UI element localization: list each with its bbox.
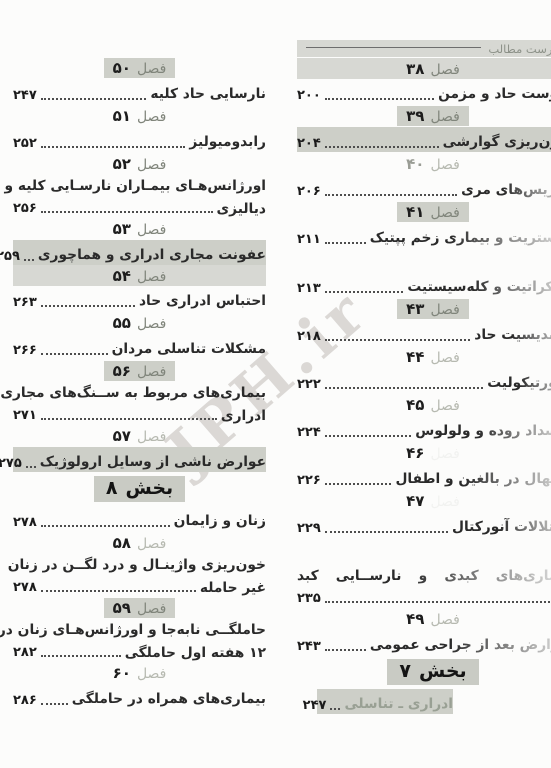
entry-title: بیماری‌های کبدی و نارســایی کبد <box>297 568 551 586</box>
chapter-heading-box: فصل۴۹ <box>397 609 469 629</box>
chapter-heading-box: فصل۵۸ <box>104 533 176 553</box>
toc-header-rule <box>306 47 481 48</box>
page-number: ۲۵۹ <box>0 249 20 265</box>
section-number: ۷ <box>399 660 411 682</box>
entry-title: ادراری ـ تناسلی <box>344 695 453 714</box>
chapter-heading-box: فصل۴۶ <box>397 443 469 463</box>
chapter-label: فصل <box>137 429 166 445</box>
toc-entry: عفونت مجاری ادراری و هماچوری۲۵۹ <box>13 240 266 265</box>
chapter-heading: فصل۵۶ <box>13 359 266 382</box>
section-label: بخش <box>125 477 173 499</box>
chapter-label: فصل <box>137 666 166 682</box>
entry-title: عوارض ناشی از وسایل ارولوژیک <box>40 453 266 472</box>
entry-title: دیورتیکولیت <box>487 374 551 393</box>
toc-header-title: فهرست مطالب <box>488 42 551 56</box>
chapter-heading-box: فصل۴۳ <box>397 299 469 319</box>
toc-entry-line1: اورژانس‌هـای بیمـاران نارسـایی کلیه و <box>13 175 266 196</box>
toc-entry: رابدومیولیز۲۵۲ <box>13 127 266 152</box>
entry-title: آپاندیسیت حاد <box>474 326 551 345</box>
section-heading-box: بخش۷ <box>387 659 478 685</box>
chapter-number: ۴۷ <box>406 492 424 510</box>
chapter-number: ۵۷ <box>113 427 131 445</box>
entry-title: واریس‌های مری <box>461 181 551 200</box>
dotted-leader <box>41 353 108 355</box>
toc-header: فهرست مطالب <box>297 40 551 57</box>
toc-entry: نارسایی حاد کلیه۲۴۷ <box>13 79 266 104</box>
chapter-heading-box: فصل۶۰ <box>104 663 176 683</box>
chapter-number: ۵۶ <box>113 362 131 380</box>
chapter-label: فصل <box>137 61 166 77</box>
chapter-heading-box: فصل۴۴ <box>397 347 469 367</box>
chapter-number: ۴۵ <box>406 396 424 414</box>
entry-title: احتباس ادراری حاد <box>139 292 266 311</box>
toc-entry: عوارض ناشی از وسایل ارولوژیک۲۷۵ <box>13 447 266 472</box>
page-number: ۲۶۳ <box>13 295 37 311</box>
toc-entry-line1: بیماری‌های کبدی و نارســایی کبد <box>297 565 551 586</box>
page-number: ۲۲۴ <box>297 425 321 441</box>
page-number: ۲۲۹ <box>297 521 321 537</box>
toc-entry-line2: ادراری۲۷۱ <box>13 403 266 424</box>
entry-title: اسهال در بالغین و اطفال <box>395 470 551 489</box>
page-number: ۲۱۱ <box>297 232 321 248</box>
chapter-number: ۴۴ <box>406 348 424 366</box>
page-number: ۲۰۰ <box>297 88 321 104</box>
toc-entry-line2: غیر حامله۲۷۸ <box>13 575 266 596</box>
dotted-leader <box>330 708 340 710</box>
page-number: ۲۴۷ <box>303 698 327 714</box>
toc-column-right: فهرست مطالبفصل۳۸یبوست حاد و مزمن۲۰۰فصل۳۹… <box>297 40 551 714</box>
chapter-heading-box: فصل۵۷ <box>104 426 176 446</box>
entry-title: دیالیزی <box>217 201 266 217</box>
chapter-heading: فصل۴۴ <box>297 345 551 368</box>
dotted-leader <box>41 703 68 705</box>
toc-column-left: فصل۵۰نارسایی حاد کلیه۲۴۷فصل۵۱رابدومیولیز… <box>13 56 266 709</box>
page-number: ۲۸۲ <box>13 645 37 661</box>
toc-entry-line1: بیماری‌های مربوط به ســنگ‌های مجاری <box>13 382 266 403</box>
chapter-number: ۴۶ <box>406 444 424 462</box>
toc-entry: احتباس ادراری حاد۲۶۳ <box>13 286 266 311</box>
entry-title: رابدومیولیز <box>189 133 266 152</box>
toc-entry: بیماری‌های همراه در حاملگی۲۸۶ <box>13 684 266 709</box>
entry-title: نارسایی حاد کلیه <box>150 85 266 104</box>
page-number: ۲۴۷ <box>13 88 37 104</box>
chapter-label: فصل <box>137 157 166 173</box>
toc-entry: پانکراتیت و کله‌سیستیت۲۱۳ <box>297 272 551 297</box>
toc-entry-line2: ۱۲ هفته اول حاملگی۲۸۲ <box>13 640 266 661</box>
entry-title: اورژانس‌هـای بیمـاران نارسـایی کلیه و <box>13 178 266 196</box>
chapter-heading: فصل۳۹ <box>297 104 551 127</box>
chapter-heading: فصل۵۴ <box>13 265 266 286</box>
entry-title: ادراری <box>221 408 266 424</box>
dotted-leader <box>41 525 170 527</box>
chapter-heading: فصل۵۰ <box>13 56 266 79</box>
toc-entry: آپاندیسیت حاد۲۱۸ <box>297 320 551 345</box>
chapter-heading: فصل۶۰ <box>13 661 266 684</box>
dotted-leader <box>26 466 36 468</box>
chapter-label: فصل <box>137 536 166 552</box>
chapter-heading-box: فصل۴۱ <box>397 202 469 222</box>
page-number: ۲۱۸ <box>297 329 321 345</box>
dotted-leader <box>325 483 392 485</box>
toc-entry: خون‌ریزی گوارشی۲۰۴ <box>297 127 551 152</box>
entry-title: عوارض بعد از جراحی عمومی <box>370 636 551 655</box>
chapter-number: ۴۰ <box>406 155 424 173</box>
chapter-number: ۵۳ <box>113 220 131 238</box>
chapter-label: فصل <box>430 302 459 318</box>
toc-entry: واریس‌های مری۲۰۶ <box>297 175 551 200</box>
chapter-label: فصل <box>137 364 166 380</box>
entry-title: گاستریت و بیماری زخم پپتیک <box>370 229 551 248</box>
page-number: ۲۸۶ <box>13 693 37 709</box>
dotted-leader <box>41 305 135 307</box>
dotted-leader <box>41 418 217 420</box>
chapter-heading: فصل۴۰ <box>297 152 551 175</box>
chapter-number: ۵۹ <box>113 599 131 617</box>
dotted-leader <box>325 291 404 293</box>
chapter-label: فصل <box>430 62 459 78</box>
entry-title: خون‌ریزی گوارشی <box>443 133 551 152</box>
chapter-heading-box: فصل۴۵ <box>397 395 469 415</box>
dotted-leader <box>325 435 411 437</box>
toc-entry-line2: دیالیزی۲۵۶ <box>13 196 266 217</box>
entry-title: اختلالات آنورکتال <box>452 518 551 537</box>
chapter-heading: فصل۵۵ <box>13 311 266 334</box>
chapter-number: ۳۹ <box>406 107 424 125</box>
chapter-heading: فصل۴۹ <box>297 607 551 630</box>
dotted-leader <box>325 601 551 603</box>
chapter-number: ۵۱ <box>113 107 131 125</box>
chapter-heading: فصل۴۵ <box>297 393 551 416</box>
page-number: ۲۰۶ <box>297 184 321 200</box>
chapter-heading-box: فصل۵۹ <box>104 598 176 618</box>
section-number: ۸ <box>106 477 118 499</box>
page-number: ۲۲۶ <box>297 473 321 489</box>
chapter-label: فصل <box>430 612 459 628</box>
entry-title: بیماری‌های مربوط به ســنگ‌های مجاری <box>13 385 266 403</box>
dotted-leader <box>325 531 448 533</box>
toc-entry: گاستریت و بیماری زخم پپتیک۲۱۱ <box>297 223 551 248</box>
page-number: ۲۷۸ <box>13 515 37 531</box>
dotted-leader <box>325 146 439 148</box>
dotted-leader <box>325 387 483 389</box>
page-number: ۲۶۶ <box>13 343 37 359</box>
toc-entry: عوارض بعد از جراحی عمومی۲۴۳ <box>297 630 551 655</box>
dotted-leader <box>325 242 366 244</box>
entry-title: غیر حامله <box>200 580 266 596</box>
chapter-number: ۴۹ <box>406 610 424 628</box>
page-number: ۲۷۱ <box>13 408 37 424</box>
chapter-number: ۶۰ <box>113 664 131 682</box>
toc-entry-line1: حاملگــی نابه‌جا و اورژانس‌هـای زنان در <box>13 619 266 640</box>
dotted-leader <box>41 655 121 657</box>
chapter-heading: فصل۳۸ <box>297 58 551 79</box>
chapter-heading-box: فصل۳۹ <box>397 106 469 126</box>
chapter-heading-box: فصل۵۵ <box>104 313 176 333</box>
scanned-toc-page: { "watermark": { "text": "JPH.ir" }, "la… <box>0 0 551 768</box>
toc-entry-line2: ۲۳۵ <box>297 586 551 607</box>
chapter-heading-box: فصل۴۷ <box>397 491 469 511</box>
chapter-number: ۴۳ <box>406 300 424 318</box>
page-number: ۲۷۸ <box>13 580 37 596</box>
page-number: ۲۷۵ <box>0 456 22 472</box>
dotted-leader <box>325 339 470 341</box>
chapter-number: ۵۵ <box>113 314 131 332</box>
chapter-heading: فصل۴۷ <box>297 489 551 512</box>
toc-entry: مشکلات تناسلی مردان۲۶۶ <box>13 334 266 359</box>
chapter-heading-box: فصل۵۴ <box>104 266 176 286</box>
toc-entry-line1: خون‌ریزی واژینـال و درد لگــن در زنان <box>13 554 266 575</box>
toc-entry: دیورتیکولیت۲۲۲ <box>297 368 551 393</box>
chapter-label: فصل <box>137 601 166 617</box>
entry-title: بیماری‌های همراه در حاملگی <box>72 690 266 709</box>
entry-title: عفونت مجاری ادراری و هماچوری <box>38 246 266 265</box>
chapter-label: فصل <box>137 316 166 332</box>
chapter-label: فصل <box>430 205 459 221</box>
dotted-leader <box>41 146 186 148</box>
chapter-heading-box: فصل۵۲ <box>104 154 176 174</box>
page-number: ۲۵۲ <box>13 136 37 152</box>
row-spacer <box>297 537 551 565</box>
entry-title: انسداد روده و ولولوس <box>415 422 551 441</box>
dotted-leader <box>41 211 213 213</box>
section-label: بخش <box>419 660 467 682</box>
chapter-number: ۳۸ <box>406 60 424 78</box>
chapter-number: ۵۰ <box>113 59 131 77</box>
chapter-heading-box: فصل۵۳ <box>104 219 176 239</box>
entry-title: زنان و زایمان <box>174 512 266 531</box>
dotted-leader <box>41 590 196 592</box>
toc-entry: یبوست حاد و مزمن۲۰۰ <box>297 79 551 104</box>
chapter-heading: فصل۵۲ <box>13 152 266 175</box>
entry-title: حاملگــی نابه‌جا و اورژانس‌هـای زنان در <box>13 622 266 640</box>
section-heading: بخش۸ <box>13 472 266 506</box>
chapter-heading: فصل۴۱ <box>297 200 551 223</box>
toc-entry: ادراری ـ تناسلی۲۴۷ <box>317 689 453 714</box>
toc-entry: اختلالات آنورکتال۲۲۹ <box>297 512 551 537</box>
entry-title: ۱۲ هفته اول حاملگی <box>125 645 266 661</box>
chapter-label: فصل <box>137 222 166 238</box>
chapter-heading: فصل۴۶ <box>297 441 551 464</box>
chapter-label: فصل <box>137 269 166 285</box>
chapter-heading-box: فصل۳۸ <box>397 59 469 79</box>
toc-entry: انسداد روده و ولولوس۲۲۴ <box>297 416 551 441</box>
dotted-leader <box>24 259 34 261</box>
toc-entry: زنان و زایمان۲۷۸ <box>13 506 266 531</box>
section-heading: بخش۷ <box>297 655 551 689</box>
page-number: ۲۲۲ <box>297 377 321 393</box>
chapter-heading-box: فصل۵۰ <box>104 58 176 78</box>
page-number: ۲۳۵ <box>297 591 321 607</box>
chapter-label: فصل <box>137 109 166 125</box>
chapter-label: فصل <box>430 350 459 366</box>
chapter-number: ۵۴ <box>113 267 131 285</box>
chapter-heading-box: فصل۴۰ <box>397 154 469 174</box>
chapter-heading: فصل۵۱ <box>13 104 266 127</box>
page-number: ۲۴۳ <box>297 639 321 655</box>
chapter-heading-box: فصل۵۱ <box>104 106 176 126</box>
entry-title: خون‌ریزی واژینـال و درد لگــن در زنان <box>13 557 266 575</box>
dotted-leader <box>325 194 457 196</box>
section-heading-box: بخش۸ <box>94 476 185 502</box>
chapter-heading: فصل۴۳ <box>297 297 551 320</box>
chapter-heading: فصل۵۳ <box>13 217 266 240</box>
chapter-heading: فصل۵۸ <box>13 531 266 554</box>
dotted-leader <box>325 98 434 100</box>
chapter-number: ۵۲ <box>113 155 131 173</box>
entry-title: پانکراتیت و کله‌سیستیت <box>407 278 551 297</box>
chapter-number: ۴۱ <box>406 203 424 221</box>
chapter-heading: فصل۵۹ <box>13 596 266 619</box>
page-number: ۲۱۳ <box>297 281 321 297</box>
entry-title: مشکلات تناسلی مردان <box>112 340 266 359</box>
chapter-label: فصل <box>430 398 459 414</box>
dotted-leader <box>41 98 147 100</box>
page-number: ۲۵۶ <box>13 201 37 217</box>
chapter-label: فصل <box>430 157 459 173</box>
entry-title: یبوست حاد و مزمن <box>438 85 551 104</box>
chapter-number: ۵۸ <box>113 534 131 552</box>
chapter-heading-box: فصل۵۶ <box>104 361 176 381</box>
chapter-label: فصل <box>430 109 459 125</box>
row-spacer <box>297 248 551 272</box>
chapter-label: فصل <box>430 446 459 462</box>
dotted-leader <box>325 649 366 651</box>
page-number: ۲۰۴ <box>297 136 321 152</box>
chapter-heading: فصل۵۷ <box>13 424 266 447</box>
toc-entry: اسهال در بالغین و اطفال۲۲۶ <box>297 464 551 489</box>
chapter-label: فصل <box>430 494 459 510</box>
